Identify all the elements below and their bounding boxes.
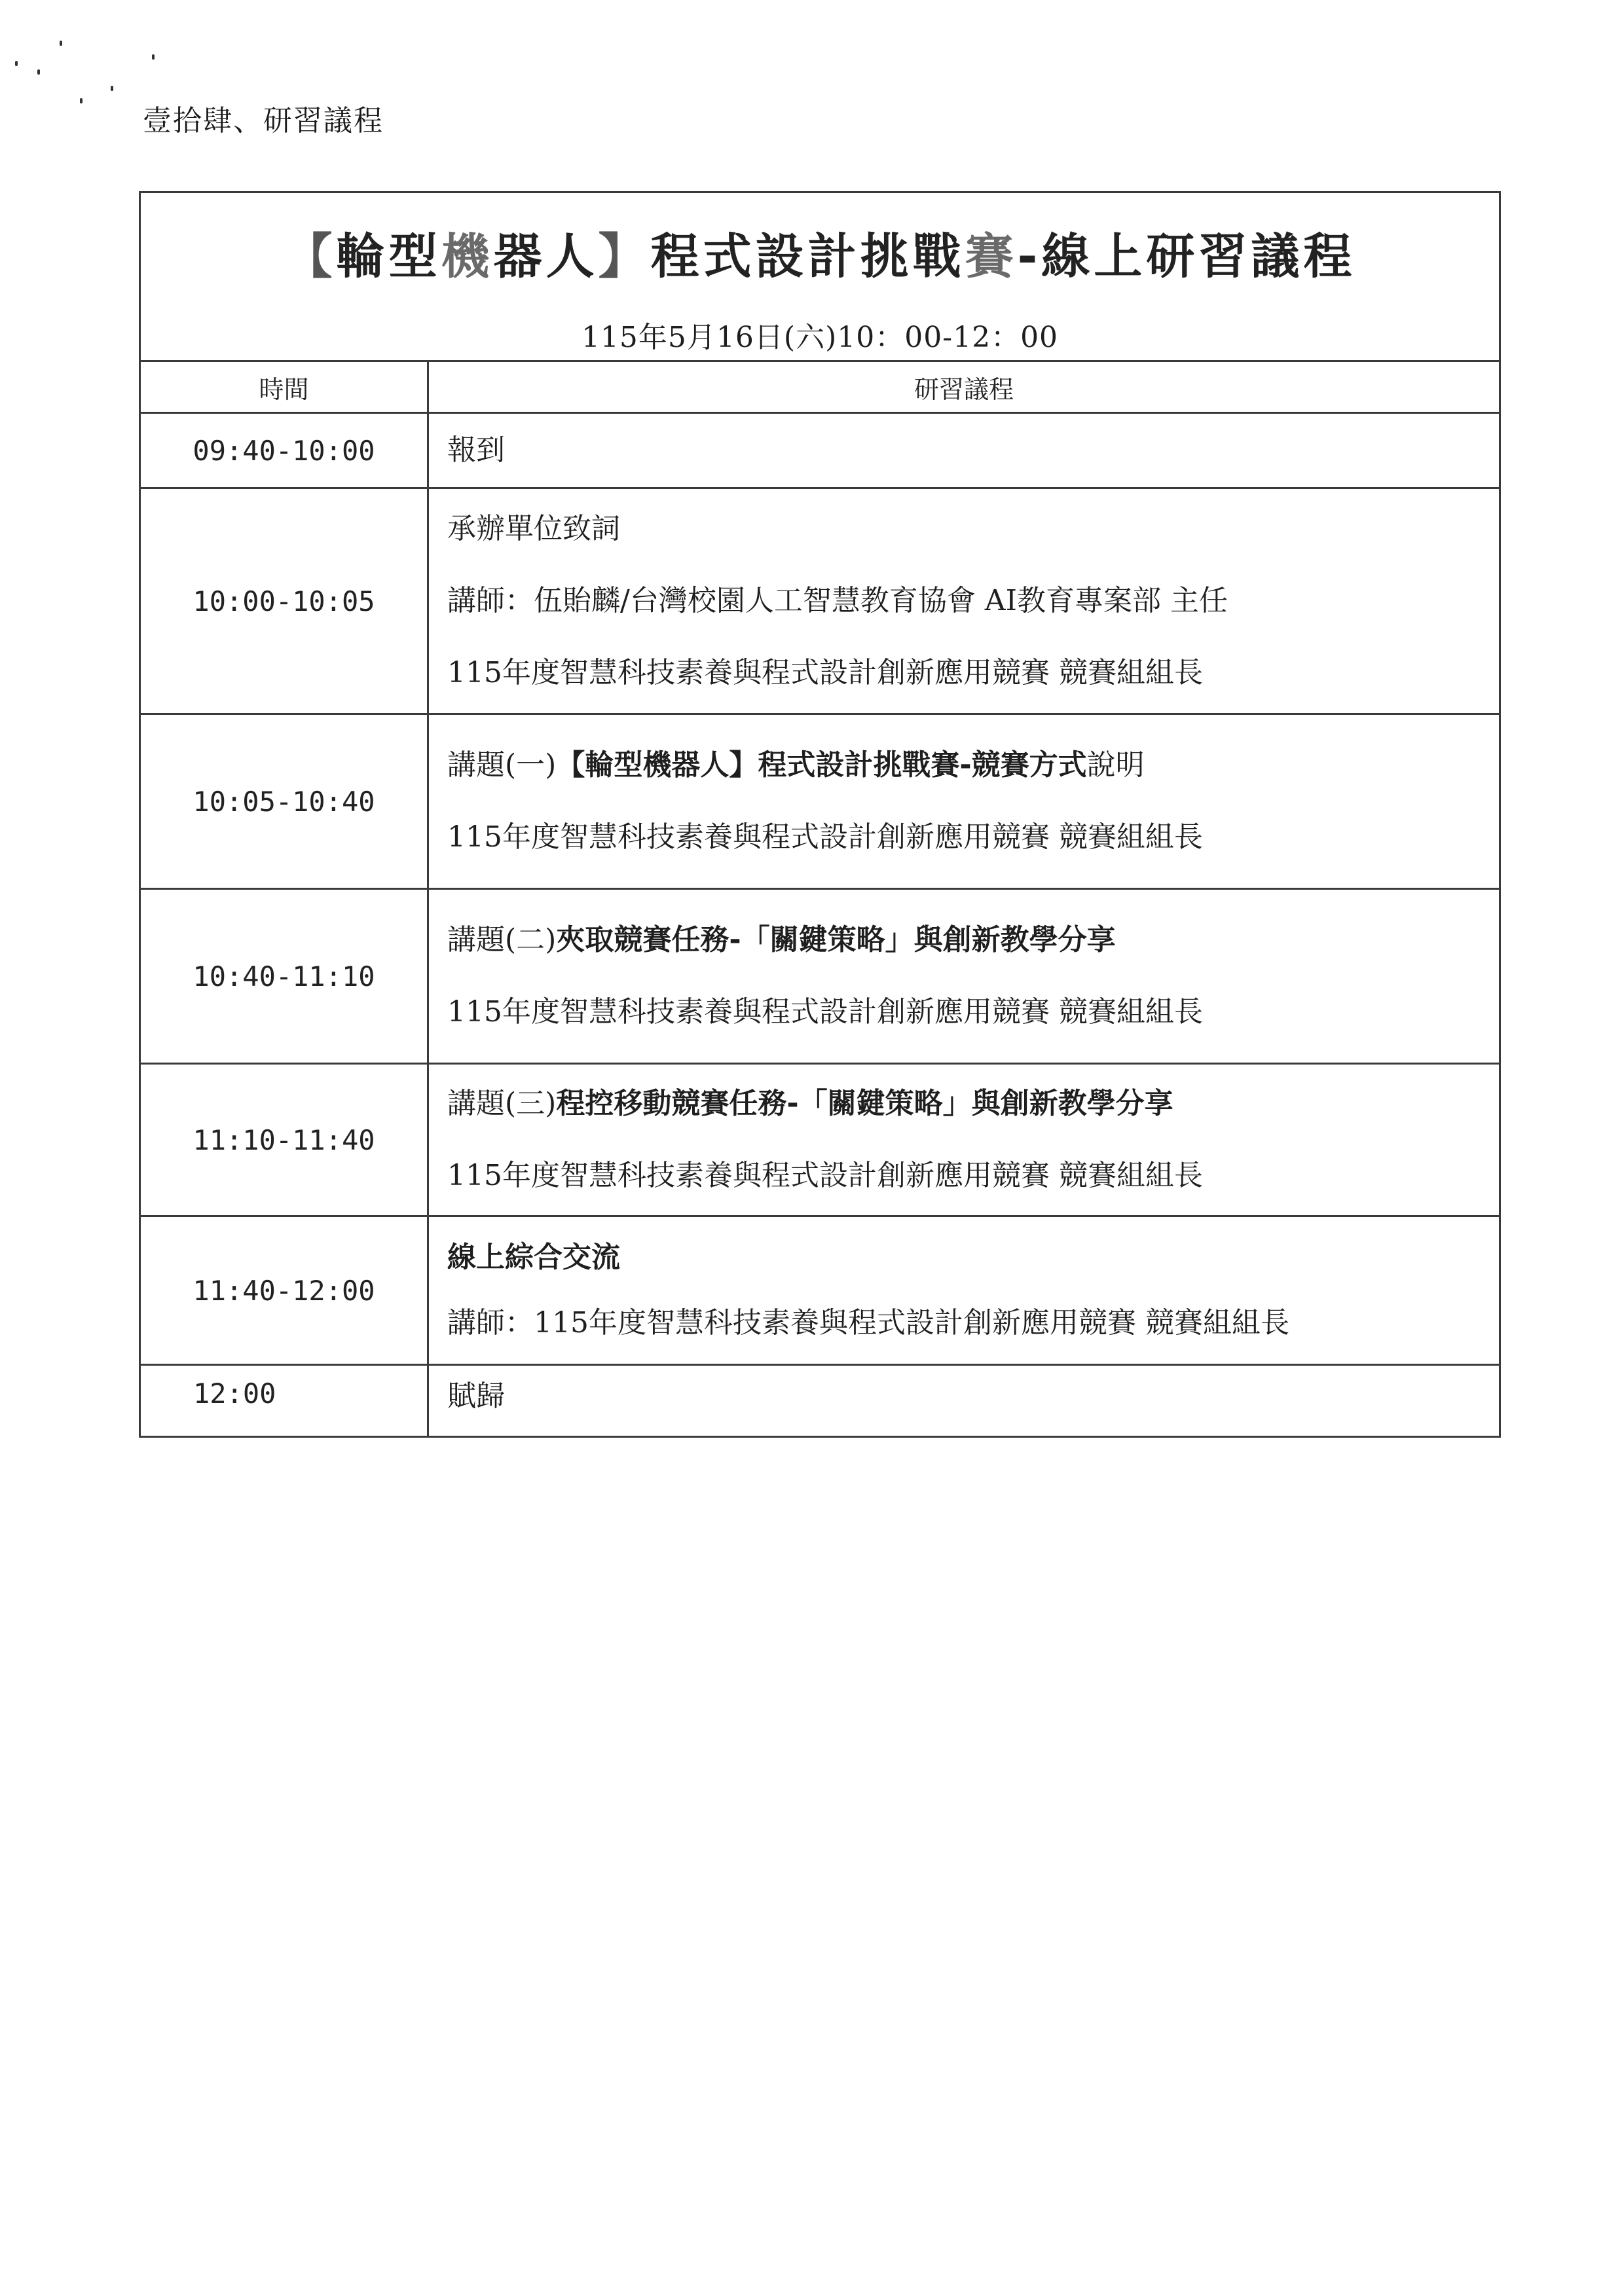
agenda-cell: 線上綜合交流 講師：115年度智慧科技素養與程式設計創新應用競賽 競賽組組長 — [428, 1216, 1500, 1365]
speaker-line: 講師：115年度智慧科技素養與程式設計創新應用競賽 競賽組組長 — [447, 1290, 1498, 1356]
topic-line: 講題(一)【輪型機器人】程式設計挑戰賽-競賽方式說明 — [447, 729, 1498, 801]
title-text: 程式設計挑戰 — [651, 228, 965, 285]
scan-speck — [80, 98, 83, 103]
table-row: 11:10-11:40 講題(三)程控移動競賽任務-「關鍵策略」與創新教學分享 … — [140, 1064, 1500, 1216]
header-time: 時間 — [140, 361, 428, 413]
scan-speck — [111, 86, 113, 91]
topic-suffix: 說明 — [1087, 748, 1145, 782]
scan-speck — [60, 41, 62, 46]
time-cell: 10:00-10:05 — [140, 488, 428, 714]
time-cell: 09:40-10:00 — [140, 413, 428, 488]
agenda-cell: 報到 — [428, 413, 1500, 488]
speaker-line: 115年度智慧科技素養與程式設計創新應用競賽 競賽組組長 — [447, 1140, 1498, 1212]
title-text: 器人 — [494, 228, 599, 285]
table-row: 11:40-12:00 線上綜合交流 講師：115年度智慧科技素養與程式設計創新… — [140, 1216, 1500, 1365]
title-row: 【輪型機器人】程式設計挑戰賽-線上研習議程 115年5月16日(六)10：00-… — [140, 192, 1500, 361]
topic-title: 【輪型機器人】程式設計挑戰賽-競賽方式 — [556, 748, 1086, 782]
title-text: 賽 — [965, 228, 1018, 285]
speaker-line: 講師：伍貽麟/台灣校園人工智慧教育協會 AI教育專案部 主任 — [447, 565, 1498, 637]
title-text: -線上研習議程 — [1018, 228, 1356, 285]
topic-prefix: 講題(二) — [447, 923, 556, 957]
topic-prefix: 講題(一) — [447, 748, 556, 782]
scan-speck — [37, 69, 40, 75]
topic-line: 講題(二)夾取競賽任務-「關鍵策略」與創新教學分享 — [447, 904, 1498, 976]
table-row: 10:00-10:05 承辦單位致詞 講師：伍貽麟/台灣校園人工智慧教育協會 A… — [140, 488, 1500, 714]
agenda-cell: 賦歸 — [428, 1365, 1500, 1437]
section-heading: 壹拾肆、研習議程 — [143, 97, 384, 139]
event-date: 115年5月16日(六)10：00-12：00 — [141, 314, 1499, 355]
speaker-line: 115年度智慧科技素養與程式設計創新應用競賽 競賽組組長 — [447, 976, 1498, 1048]
topic-suffix: 與創新教學分享 — [914, 923, 1116, 957]
topic-prefix: 講題(三) — [447, 1087, 556, 1120]
topic-line: 講題(三)程控移動競賽任務-「關鍵策略」與創新教學分享 — [447, 1068, 1498, 1140]
time-cell: 12:00 — [140, 1365, 428, 1437]
topic-title: 程控移動競賽任務-「關鍵策略」 — [556, 1087, 971, 1120]
topic-title: 夾取競賽任務-「關鍵策略」 — [556, 923, 913, 957]
topic-title: 線上綜合交流 — [447, 1225, 1498, 1290]
time-cell: 10:40-11:10 — [140, 889, 428, 1064]
title-text: 機 — [441, 228, 494, 285]
title-cell: 【輪型機器人】程式設計挑戰賽-線上研習議程 115年5月16日(六)10：00-… — [140, 192, 1500, 361]
agenda-cell: 承辦單位致詞 講師：伍貽麟/台灣校園人工智慧教育協會 AI教育專案部 主任 11… — [428, 488, 1500, 714]
agenda-cell: 講題(二)夾取競賽任務-「關鍵策略」與創新教學分享 115年度智慧科技素養與程式… — [428, 889, 1500, 1064]
title-bracket-close: 】 — [599, 228, 651, 285]
table-row: 10:05-10:40 講題(一)【輪型機器人】程式設計挑戰賽-競賽方式說明 1… — [140, 714, 1500, 889]
agenda-item: 賦歸 — [447, 1372, 1498, 1414]
title-text: 輪型 — [337, 228, 441, 285]
agenda-cell: 講題(一)【輪型機器人】程式設計挑戰賽-競賽方式說明 115年度智慧科技素養與程… — [428, 714, 1500, 889]
scan-speck — [15, 61, 18, 66]
time-cell: 11:40-12:00 — [140, 1216, 428, 1365]
speaker-line: 115年度智慧科技素養與程式設計創新應用競賽 競賽組組長 — [447, 801, 1498, 873]
agenda-item: 報到 — [447, 414, 1498, 486]
table-row: 12:00 賦歸 — [140, 1365, 1500, 1437]
table-row: 10:40-11:10 講題(二)夾取競賽任務-「關鍵策略」與創新教學分享 11… — [140, 889, 1500, 1064]
title-bracket-open: 【 — [284, 228, 337, 285]
scan-speck — [152, 54, 155, 60]
header-agenda: 研習議程 — [428, 361, 1500, 413]
table-row: 09:40-10:00 報到 — [140, 413, 1500, 488]
time-cell: 11:10-11:40 — [140, 1064, 428, 1216]
time-cell: 10:05-10:40 — [140, 714, 428, 889]
document-title: 【輪型機器人】程式設計挑戰賽-線上研習議程 — [141, 218, 1499, 287]
table-header-row: 時間 研習議程 — [140, 361, 1500, 413]
speaker-role-line: 115年度智慧科技素養與程式設計創新應用競賽 競賽組組長 — [447, 637, 1498, 709]
agenda-table: 【輪型機器人】程式設計挑戰賽-線上研習議程 115年5月16日(六)10：00-… — [139, 191, 1501, 1438]
agenda-cell: 講題(三)程控移動競賽任務-「關鍵策略」與創新教學分享 115年度智慧科技素養與… — [428, 1064, 1500, 1216]
topic-suffix: 與創新教學分享 — [972, 1087, 1173, 1120]
agenda-item: 承辦單位致詞 — [447, 493, 1498, 565]
